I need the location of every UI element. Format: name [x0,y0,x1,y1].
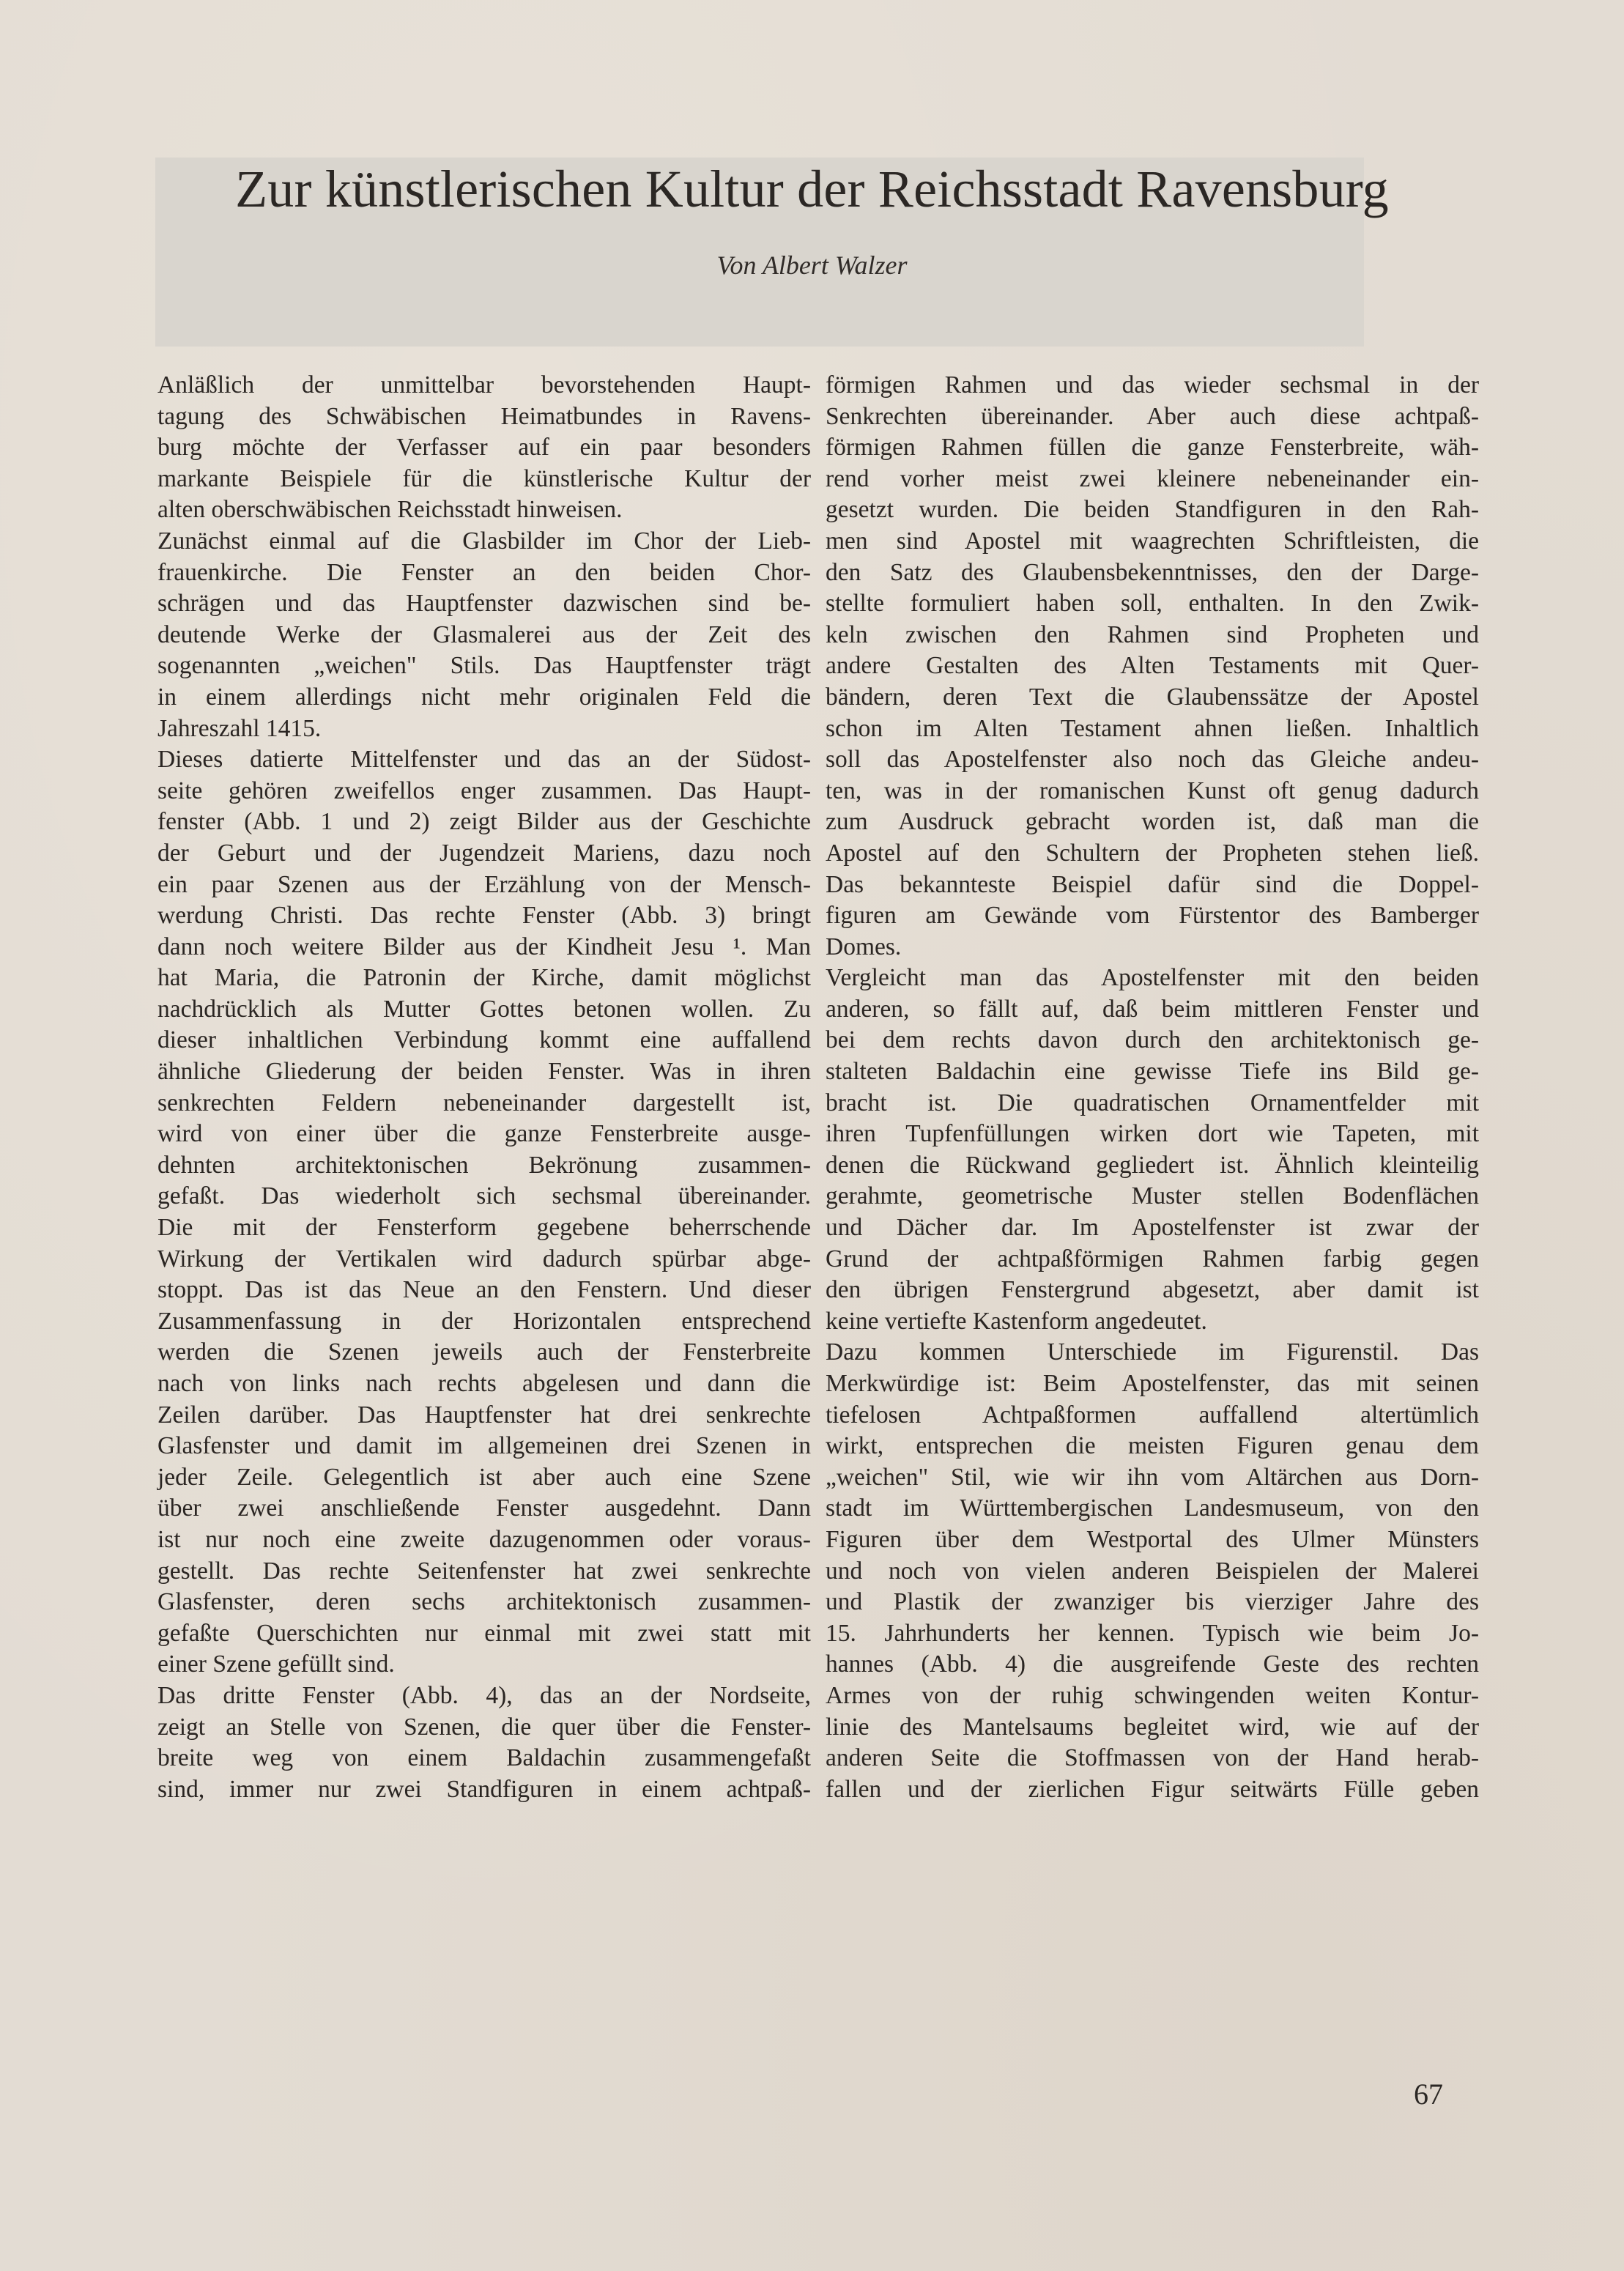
text-line: und Plastik der zwanziger bis vierziger … [826,1587,1479,1618]
text-line: ähnliche Gliederung der beiden Fenster. … [157,1056,811,1088]
text-line: keine vertiefte Kastenform angedeutet. [826,1306,1479,1338]
text-line: men sind Apostel mit waagrechten Schrift… [826,526,1479,557]
text-line: wirkt, entsprechen die meisten Figuren g… [826,1431,1479,1462]
text-line: hannes (Abb. 4) die ausgreifende Geste d… [826,1649,1479,1681]
text-line: förmigen Rahmen und das wieder sechsmal … [826,370,1479,401]
text-line: tiefelosen Achtpaßformen auffallend alte… [826,1400,1479,1431]
text-line: sogenannten „weichen" Stils. Das Hauptfe… [157,651,811,682]
text-line: figuren am Gewände vom Fürstentor des Ba… [826,900,1479,932]
text-line: senkrechten Feldern nebeneinander darges… [157,1088,811,1119]
text-line: Die mit der Fensterform gegebene beherrs… [157,1212,811,1244]
text-line: ten, was in der romanischen Kunst oft ge… [826,776,1479,807]
text-line: andere Gestalten des Alten Testaments mi… [826,651,1479,682]
text-line: gesetzt wurden. Die beiden Standfiguren … [826,494,1479,526]
text-line: dehnten architektonischen Bekrönung zusa… [157,1150,811,1182]
text-line: schon im Alten Testament ahnen ließen. I… [826,714,1479,745]
text-line: seite gehören zweifellos enger zusammen.… [157,776,811,807]
text-line: Zusammenfassung in der Horizontalen ents… [157,1306,811,1338]
text-line: Zunächst einmal auf die Glasbilder im Ch… [157,526,811,557]
text-line: linie des Mantelsaums begleitet wird, wi… [826,1712,1479,1744]
text-line: werden die Szenen jeweils auch der Fenst… [157,1337,811,1368]
text-line: nachdrücklich als Mutter Gottes betonen … [157,994,811,1026]
text-line: Dieses datierte Mittelfenster und das an… [157,744,811,776]
text-line: bändern, deren Text die Glaubenssätze de… [826,682,1479,714]
text-line: sind, immer nur zwei Standfiguren in ein… [157,1774,811,1806]
text-line: in einem allerdings nicht mehr originale… [157,682,811,714]
text-line: 15. Jahrhunderts her kennen. Typisch wie… [826,1618,1479,1650]
text-line: denen die Rückwand gegliedert ist. Ähnli… [826,1150,1479,1182]
text-line: frauenkirche. Die Fenster an den beiden … [157,557,811,589]
text-line: Vergleicht man das Apostelfenster mit de… [826,963,1479,994]
text-line: anderen, so fällt auf, daß beim mittlere… [826,994,1479,1026]
text-line: Figuren über dem Westportal des Ulmer Mü… [826,1525,1479,1556]
text-line: Wirkung der Vertikalen wird dadurch spür… [157,1244,811,1275]
text-line: den Satz des Glaubensbekenntnisses, den … [826,557,1479,589]
text-line: keln zwischen den Rahmen sind Propheten … [826,620,1479,651]
text-line: gefaßte Querschichten nur einmal mit zwe… [157,1618,811,1650]
text-column-right: förmigen Rahmen und das wieder sechsmal … [826,370,1479,1805]
text-line: bracht ist. Die quadratischen Ornamentfe… [826,1088,1479,1119]
text-line: und Dächer dar. Im Apostelfenster ist zw… [826,1212,1479,1244]
text-line: Zeilen darüber. Das Hauptfenster hat dre… [157,1400,811,1431]
text-line: gerahmte, geometrische Muster stellen Bo… [826,1181,1479,1212]
text-line: „weichen" Stil, wie wir ihn vom Altärche… [826,1462,1479,1494]
text-line: ein paar Szenen aus der Erzählung von de… [157,870,811,901]
text-line: wird von einer über die ganze Fensterbre… [157,1119,811,1150]
text-line: dieser inhaltlichen Verbindung kommt ein… [157,1025,811,1056]
author-byline: Von Albert Walzer [0,249,1624,281]
text-line: markante Beispiele für die künstlerische… [157,464,811,495]
text-line: fenster (Abb. 1 und 2) zeigt Bilder aus … [157,807,811,838]
text-line: bei dem rechts davon durch den architekt… [826,1025,1479,1056]
text-line: Apostel auf den Schultern der Propheten … [826,838,1479,870]
text-line: werdung Christi. Das rechte Fenster (Abb… [157,900,811,932]
article-title: Zur künstlerischen Kultur der Reichsstad… [0,160,1624,218]
text-line: förmigen Rahmen füllen die ganze Fenster… [826,432,1479,464]
text-line: und noch von vielen anderen Beispielen d… [826,1556,1479,1588]
text-line: Grund der achtpaßförmigen Rahmen farbig … [826,1244,1479,1275]
text-line: stellte formuliert haben soll, enthalten… [826,588,1479,620]
text-line: Armes von der ruhig schwingenden weiten … [826,1681,1479,1712]
text-line: der Geburt und der Jugendzeit Mariens, d… [157,838,811,870]
text-line: Anläßlich der unmittelbar bevorstehenden… [157,370,811,401]
text-line: über zwei anschließende Fenster ausgedeh… [157,1493,811,1525]
text-line: stoppt. Das ist das Neue an den Fenstern… [157,1275,811,1306]
text-line: Dazu kommen Unterschiede im Figurenstil.… [826,1337,1479,1368]
text-line: jeder Zeile. Gelegentlich ist aber auch … [157,1462,811,1494]
text-line: rend vorher meist zwei kleinere nebenein… [826,464,1479,495]
text-line: soll das Apostelfenster also noch das Gl… [826,744,1479,776]
text-line: Merkwürdige ist: Beim Apostelfenster, da… [826,1368,1479,1400]
text-line: Jahreszahl 1415. [157,714,811,745]
text-line: gestellt. Das rechte Seitenfenster hat z… [157,1556,811,1588]
text-line: gefaßt. Das wiederholt sich sechsmal übe… [157,1181,811,1212]
text-line: ihren Tupfenfüllungen wirken dort wie Ta… [826,1119,1479,1150]
text-line: Glasfenster und damit im allgemeinen dre… [157,1431,811,1462]
text-line: fallen und der zierlichen Figur seitwärt… [826,1774,1479,1806]
text-line: schrägen und das Hauptfenster dazwischen… [157,588,811,620]
text-line: breite weg von einem Baldachin zusammeng… [157,1743,811,1774]
text-line: stadt im Württembergischen Landesmuseum,… [826,1493,1479,1525]
text-line: stalteten Baldachin eine gewisse Tiefe i… [826,1056,1479,1088]
text-line: Senkrechten übereinander. Aber auch dies… [826,401,1479,433]
text-line: zum Ausdruck gebracht worden ist, daß ma… [826,807,1479,838]
text-line: burg möchte der Verfasser auf ein paar b… [157,432,811,464]
text-line: Domes. [826,932,1479,963]
text-line: einer Szene gefüllt sind. [157,1649,811,1681]
text-line: Das bekannteste Beispiel dafür sind die … [826,870,1479,901]
text-line: anderen Seite die Stoffmassen von der Ha… [826,1743,1479,1774]
text-line: alten oberschwäbischen Reichsstadt hinwe… [157,494,811,526]
text-line: zeigt an Stelle von Szenen, die quer übe… [157,1712,811,1744]
text-line: nach von links nach rechts abgelesen und… [157,1368,811,1400]
text-line: deutende Werke der Glasmalerei aus der Z… [157,620,811,651]
page-number: 67 [1414,2077,1443,2111]
text-line: dann noch weitere Bilder aus der Kindhei… [157,932,811,963]
text-line: Das dritte Fenster (Abb. 4), das an der … [157,1681,811,1712]
text-line: tagung des Schwäbischen Heimatbundes in … [157,401,811,433]
text-line: den übrigen Fenstergrund abgesetzt, aber… [826,1275,1479,1306]
text-column-left: Anläßlich der unmittelbar bevorstehenden… [157,370,811,1805]
text-line: Glasfenster, deren sechs architektonisch… [157,1587,811,1618]
text-line: hat Maria, die Patronin der Kirche, dami… [157,963,811,994]
text-line: ist nur noch eine zweite dazugenommen od… [157,1525,811,1556]
